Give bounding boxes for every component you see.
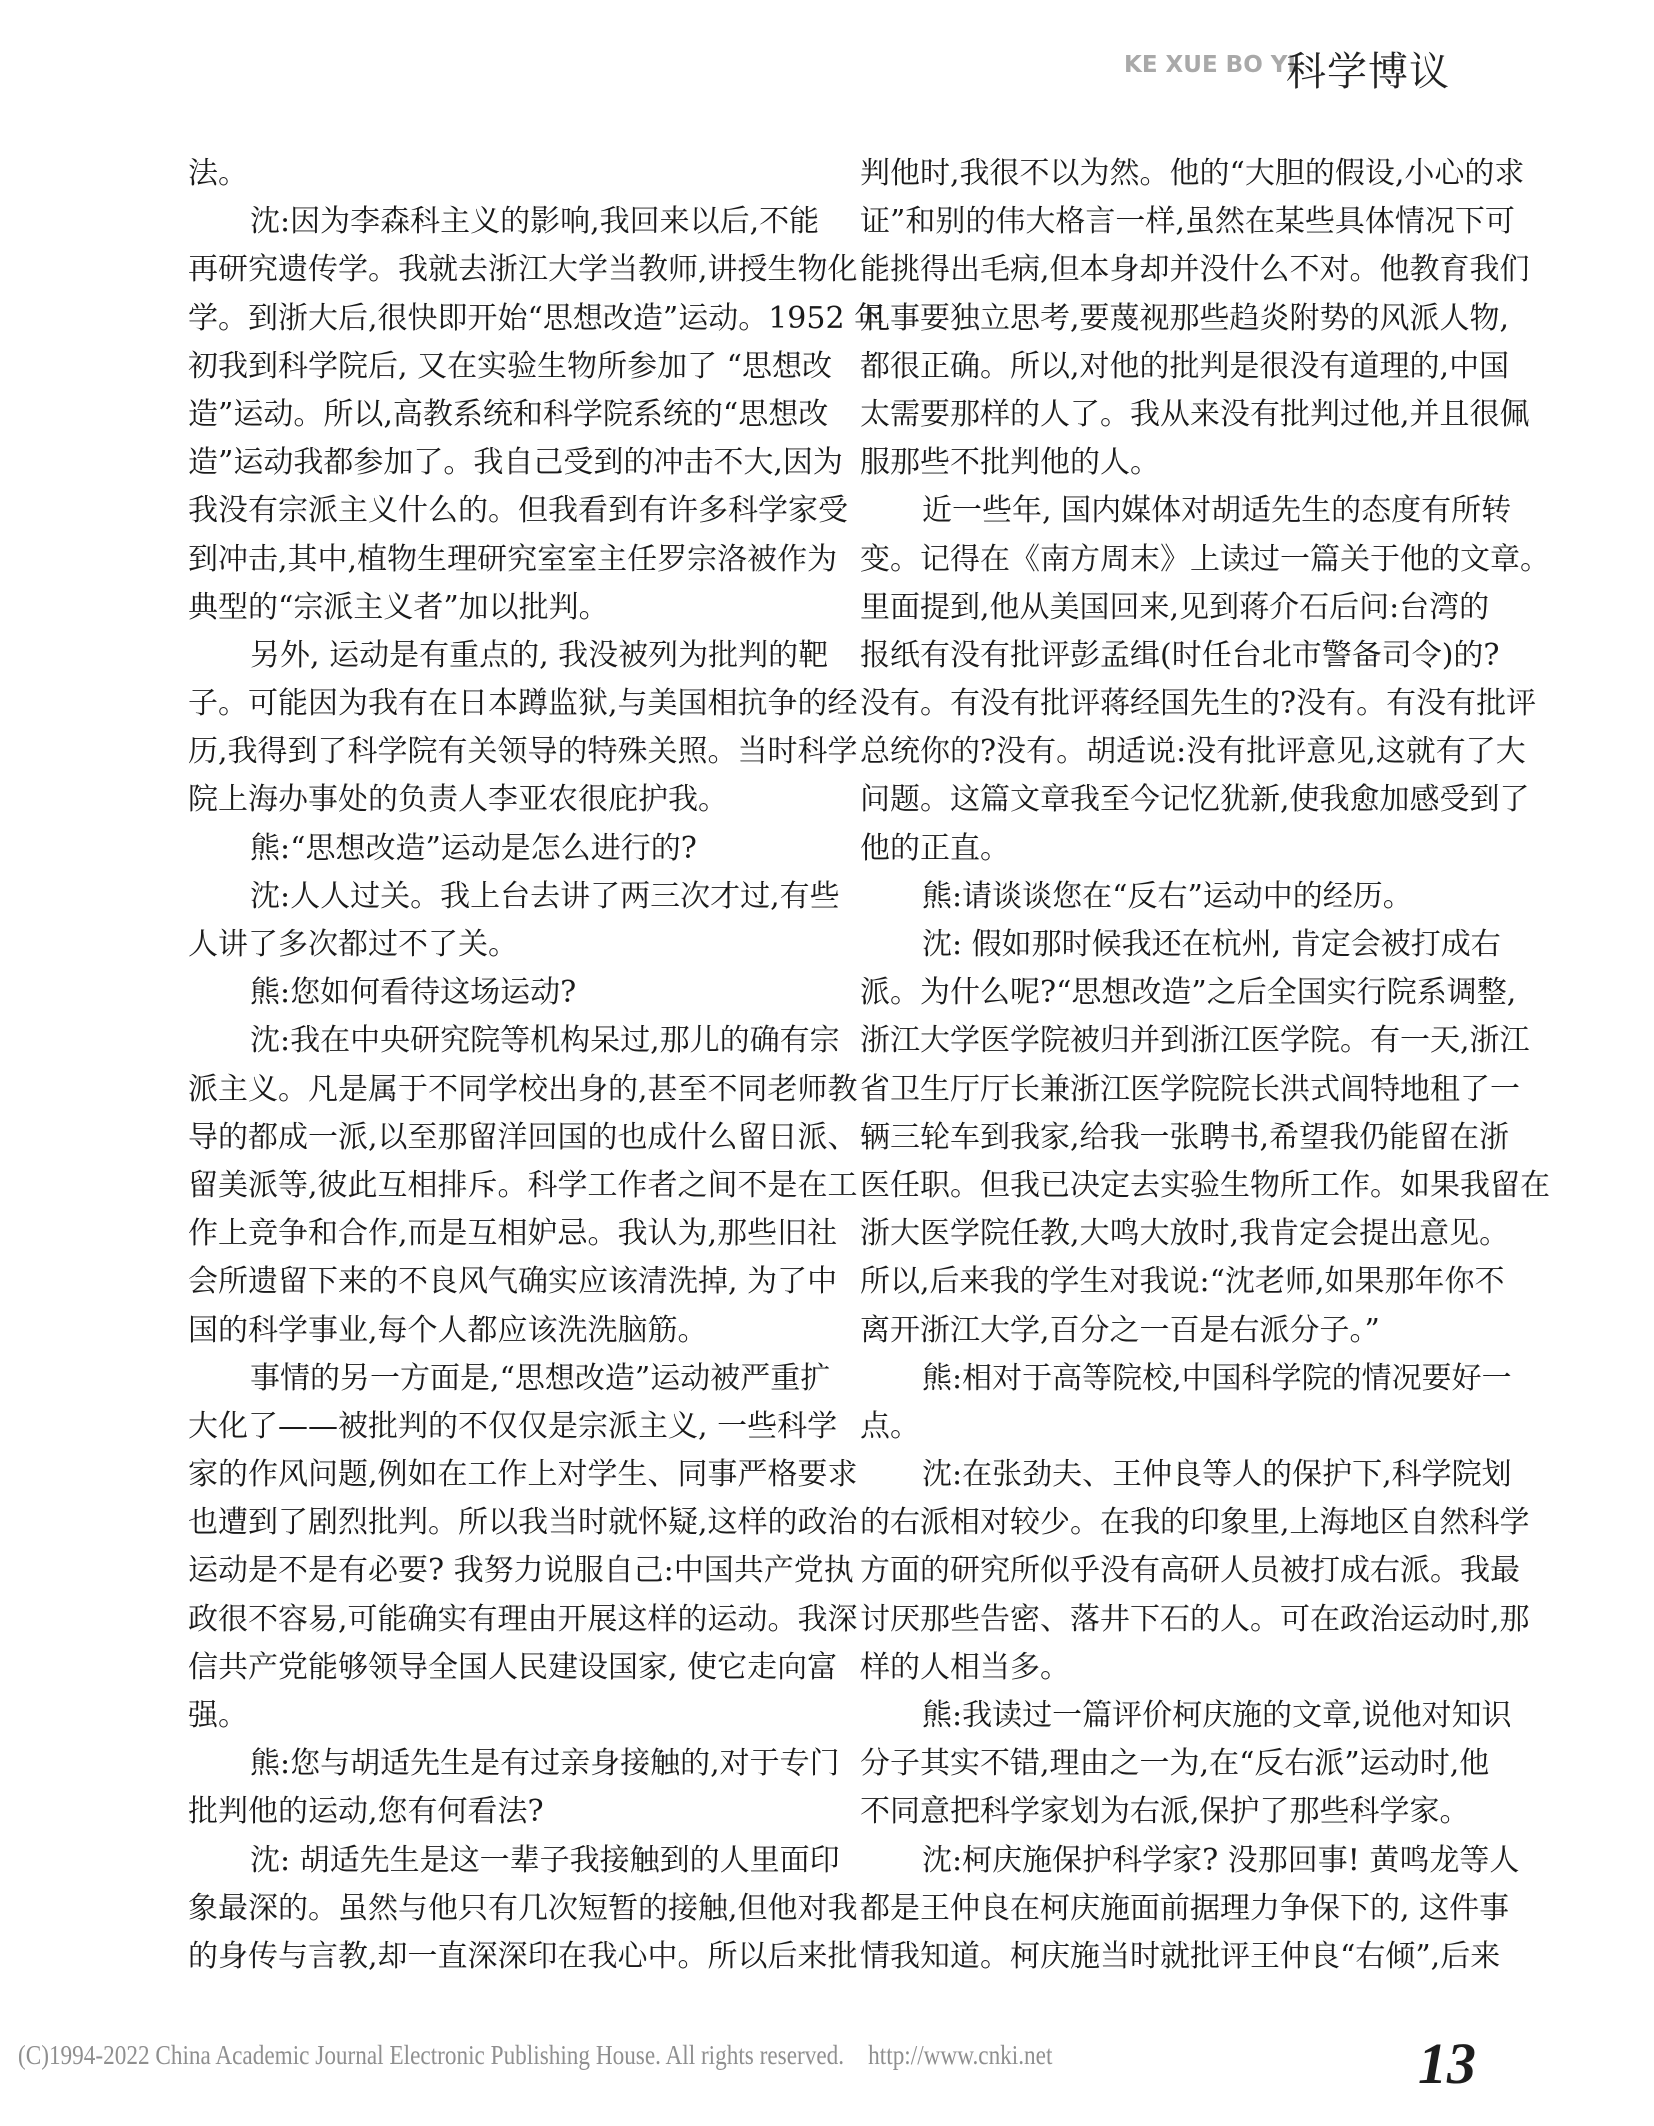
page-number: 13	[1418, 2030, 1476, 2097]
text-line: 讨厌那些告密、落井下石的人。可在政治运动时,那	[860, 1596, 1484, 1644]
section-pinyin-label: KE XUE BO YI	[1124, 52, 1296, 78]
text-line: 大化了——被批判的不仅仅是宗派主义, 一些科学	[188, 1403, 812, 1451]
text-line: 法。	[188, 150, 812, 198]
text-line: 到冲击,其中,植物生理研究室室主任罗宗洛被作为	[188, 536, 812, 584]
text-line: 他的正直。	[860, 825, 1484, 873]
text-line: 分子其实不错,理由之一为,在“反右派”运动时,他	[860, 1740, 1484, 1788]
text-line: 判他时,我很不以为然。他的“大胆的假设,小心的求	[860, 150, 1484, 198]
text-line: 沈: 假如那时候我还在杭州, 肯定会被打成右	[860, 921, 1484, 969]
text-line: 造”运动。所以,高教系统和科学院系统的“思想改	[188, 391, 812, 439]
text-line: 沈:因为李森科主义的影响,我回来以后,不能	[188, 198, 812, 246]
text-line: 初我到科学院后, 又在实验生物所参加了 “思想改	[188, 343, 812, 391]
text-line: 沈:柯庆施保护科学家? 没那回事! 黄鸣龙等人	[860, 1837, 1484, 1885]
text-line: 象最深的。虽然与他只有几次短暂的接触,但他对我	[188, 1885, 812, 1933]
text-line: 没有。有没有批评蒋经国先生的?没有。有没有批评	[860, 680, 1484, 728]
text-line: 事情的另一方面是,“思想改造”运动被严重扩	[188, 1355, 812, 1403]
paragraph: 法。	[188, 150, 812, 198]
text-line: 省卫生厅厅长兼浙江医学院院长洪式闾特地租了一	[860, 1066, 1484, 1114]
paragraph: 熊:我读过一篇评价柯庆施的文章,说他对知识分子其实不错,理由之一为,在“反右派”…	[860, 1692, 1484, 1837]
text-line: 历,我得到了科学院有关领导的特殊关照。当时科学	[188, 728, 812, 776]
text-line: 能挑得出毛病,但本身却并没什么不对。他教育我们	[860, 246, 1484, 294]
cnki-url[interactable]: http://www.cnki.net	[868, 2040, 1052, 2070]
paragraph: 熊:“思想改造”运动是怎么进行的?	[188, 825, 812, 873]
text-line: 浙江大学医学院被归并到浙江医学院。有一天,浙江	[860, 1017, 1484, 1065]
article-column-right: 判他时,我很不以为然。他的“大胆的假设,小心的求证”和别的伟大格言一样,虽然在某…	[860, 150, 1484, 1981]
paragraph: 沈:人人过关。我上台去讲了两三次才过,有些人讲了多次都过不了关。	[188, 873, 812, 969]
text-line: 派。为什么呢?“思想改造”之后全国实行院系调整,	[860, 969, 1484, 1017]
text-line: 近一些年, 国内媒体对胡适先生的态度有所转	[860, 487, 1484, 535]
text-line: 样的人相当多。	[860, 1644, 1484, 1692]
text-line: 熊:我读过一篇评价柯庆施的文章,说他对知识	[860, 1692, 1484, 1740]
text-line: 沈:人人过关。我上台去讲了两三次才过,有些	[188, 873, 812, 921]
text-line: 院上海办事处的负责人李亚农很庇护我。	[188, 776, 812, 824]
text-line: 信共产党能够领导全国人民建设国家, 使它走向富	[188, 1644, 812, 1692]
text-line: 离开浙江大学,百分之一百是右派分子。”	[860, 1307, 1484, 1355]
text-line: 问题。这篇文章我至今记忆犹新,使我愈加感受到了	[860, 776, 1484, 824]
text-line: 沈:在张劲夫、王仲良等人的保护下,科学院划	[860, 1451, 1484, 1499]
text-line: 留美派等,彼此互相排斥。科学工作者之间不是在工	[188, 1162, 812, 1210]
text-line: 导的都成一派,以至那留洋回国的也成什么留日派、	[188, 1114, 812, 1162]
text-line: 运动是不是有必要? 我努力说服自己:中国共产党执	[188, 1547, 812, 1595]
text-line: 会所遗留下来的不良风气确实应该清洗掉, 为了中	[188, 1258, 812, 1306]
text-line: 批判他的运动,您有何看法?	[188, 1788, 812, 1836]
text-line: 浙大医学院任教,大鸣大放时,我肯定会提出意见。	[860, 1210, 1484, 1258]
text-line: 凡事要独立思考,要蔑视那些趋炎附势的风派人物,	[860, 295, 1484, 343]
text-line: 辆三轮车到我家,给我一张聘书,希望我仍能留在浙	[860, 1114, 1484, 1162]
paragraph: 熊:您与胡适先生是有过亲身接触的,对于专门批判他的运动,您有何看法?	[188, 1740, 812, 1836]
text-line: 太需要那样的人了。我从来没有批判过他,并且很佩	[860, 391, 1484, 439]
paragraph: 另外, 运动是有重点的, 我没被列为批判的靶子。可能因为我有在日本蹲监狱,与美国…	[188, 632, 812, 825]
text-line: 情我知道。柯庆施当时就批评王仲良“右倾”,后来	[860, 1933, 1484, 1981]
text-line: 里面提到,他从美国回来,见到蒋介石后问:台湾的	[860, 584, 1484, 632]
paragraph: 熊:您如何看待这场运动?	[188, 969, 812, 1017]
text-line: 所以,后来我的学生对我说:“沈老师,如果那年你不	[860, 1258, 1484, 1306]
text-line: 医任职。但我已决定去实验生物所工作。如果我留在	[860, 1162, 1484, 1210]
copyright-footer: (C)1994-2022 China Academic Journal Elec…	[18, 2040, 1052, 2071]
text-line: 我没有宗派主义什么的。但我看到有许多科学家受	[188, 487, 812, 535]
text-line: 的身传与言教,却一直深深印在我心中。所以后来批	[188, 1933, 812, 1981]
text-line: 点。	[860, 1403, 1484, 1451]
text-line: 造”运动我都参加了。我自己受到的冲击不大,因为	[188, 439, 812, 487]
text-line: 人讲了多次都过不了关。	[188, 921, 812, 969]
paragraph: 近一些年, 国内媒体对胡适先生的态度有所转变。记得在《南方周末》上读过一篇关于他…	[860, 487, 1484, 873]
paragraph: 沈:因为李森科主义的影响,我回来以后,不能再研究遗传学。我就去浙江大学当教师,讲…	[188, 198, 812, 632]
text-line: 熊:您与胡适先生是有过亲身接触的,对于专门	[188, 1740, 812, 1788]
text-line: 熊:请谈谈您在“反右”运动中的经历。	[860, 873, 1484, 921]
text-line: 服那些不批判他的人。	[860, 439, 1484, 487]
text-line: 总统你的?没有。胡适说:没有批评意见,这就有了大	[860, 728, 1484, 776]
text-line: 典型的“宗派主义者”加以批判。	[188, 584, 812, 632]
text-line: 国的科学事业,每个人都应该洗洗脑筋。	[188, 1307, 812, 1355]
article-column-left: 法。沈:因为李森科主义的影响,我回来以后,不能再研究遗传学。我就去浙江大学当教师…	[188, 150, 812, 1981]
text-line: 也遭到了剧烈批判。所以我当时就怀疑,这样的政治	[188, 1499, 812, 1547]
text-line: 家的作风问题,例如在工作上对学生、同事严格要求	[188, 1451, 812, 1499]
copyright-text: (C)1994-2022 China Academic Journal Elec…	[18, 2040, 844, 2070]
text-line: 熊:“思想改造”运动是怎么进行的?	[188, 825, 812, 873]
paragraph: 沈:在张劲夫、王仲良等人的保护下,科学院划的右派相对较少。在我的印象里,上海地区…	[860, 1451, 1484, 1692]
paragraph: 熊:请谈谈您在“反右”运动中的经历。	[860, 873, 1484, 921]
section-title: 科学博议	[1286, 40, 1450, 97]
paragraph: 沈: 胡适先生是这一辈子我接触到的人里面印象最深的。虽然与他只有几次短暂的接触,…	[188, 1837, 812, 1982]
paragraph: 沈:我在中央研究院等机构呆过,那儿的确有宗派主义。凡是属于不同学校出身的,甚至不…	[188, 1017, 812, 1354]
text-line: 证”和别的伟大格言一样,虽然在某些具体情况下可	[860, 198, 1484, 246]
text-line: 另外, 运动是有重点的, 我没被列为批判的靶	[188, 632, 812, 680]
paragraph: 判他时,我很不以为然。他的“大胆的假设,小心的求证”和别的伟大格言一样,虽然在某…	[860, 150, 1484, 487]
text-line: 的右派相对较少。在我的印象里,上海地区自然科学	[860, 1499, 1484, 1547]
text-line: 方面的研究所似乎没有高研人员被打成右派。我最	[860, 1547, 1484, 1595]
paragraph: 事情的另一方面是,“思想改造”运动被严重扩大化了——被批判的不仅仅是宗派主义, …	[188, 1355, 812, 1741]
text-line: 变。记得在《南方周末》上读过一篇关于他的文章。	[860, 536, 1484, 584]
text-line: 都是王仲良在柯庆施面前据理力争保下的, 这件事	[860, 1885, 1484, 1933]
text-line: 作上竞争和合作,而是互相妒忌。我认为,那些旧社	[188, 1210, 812, 1258]
text-line: 沈: 胡适先生是这一辈子我接触到的人里面印	[188, 1837, 812, 1885]
paragraph: 沈: 假如那时候我还在杭州, 肯定会被打成右派。为什么呢?“思想改造”之后全国实…	[860, 921, 1484, 1355]
text-line: 沈:我在中央研究院等机构呆过,那儿的确有宗	[188, 1017, 812, 1065]
text-line: 熊:您如何看待这场运动?	[188, 969, 812, 1017]
paragraph: 熊:相对于高等院校,中国科学院的情况要好一点。	[860, 1355, 1484, 1451]
text-line: 报纸有没有批评彭孟缉(时任台北市警备司令)的?	[860, 632, 1484, 680]
text-line: 学。到浙大后,很快即开始“思想改造”运动。1952 年	[188, 295, 812, 343]
text-line: 子。可能因为我有在日本蹲监狱,与美国相抗争的经	[188, 680, 812, 728]
text-line: 派主义。凡是属于不同学校出身的,甚至不同老师教	[188, 1066, 812, 1114]
text-line: 强。	[188, 1692, 812, 1740]
text-line: 政很不容易,可能确实有理由开展这样的运动。我深	[188, 1596, 812, 1644]
text-line: 熊:相对于高等院校,中国科学院的情况要好一	[860, 1355, 1484, 1403]
text-line: 都很正确。所以,对他的批判是很没有道理的,中国	[860, 343, 1484, 391]
paragraph: 沈:柯庆施保护科学家? 没那回事! 黄鸣龙等人都是王仲良在柯庆施面前据理力争保下…	[860, 1837, 1484, 1982]
text-line: 不同意把科学家划为右派,保护了那些科学家。	[860, 1788, 1484, 1836]
text-line: 再研究遗传学。我就去浙江大学当教师,讲授生物化	[188, 246, 812, 294]
